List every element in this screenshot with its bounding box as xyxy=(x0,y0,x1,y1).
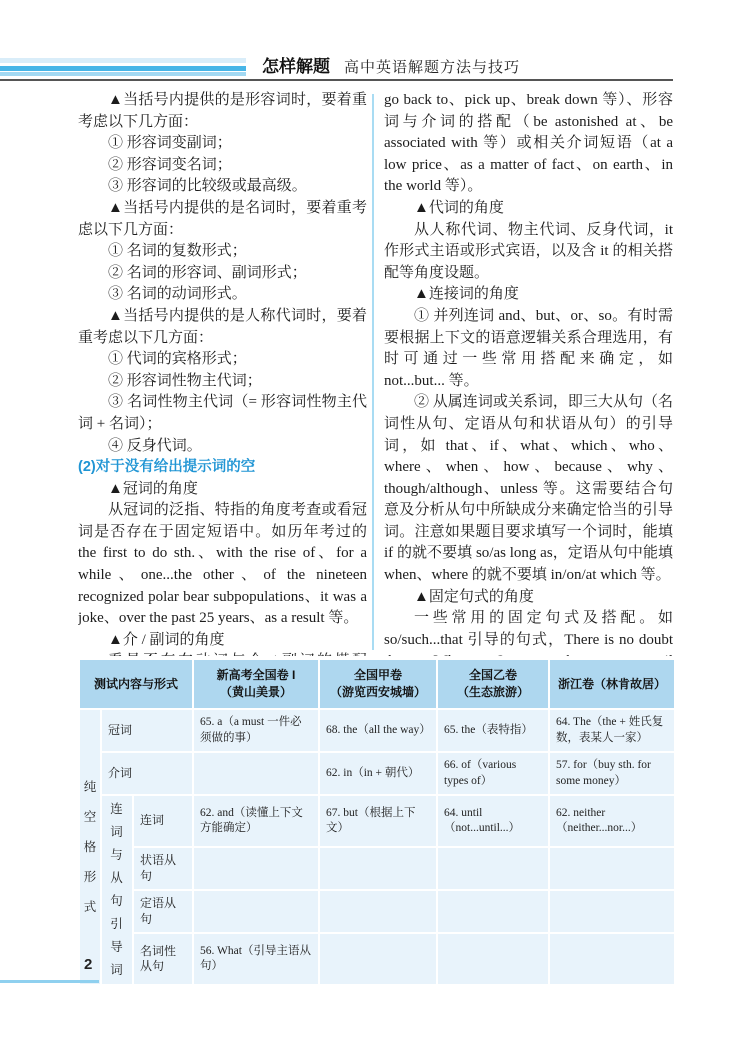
table-cell: 67. but（根据上下文） xyxy=(320,796,436,846)
table-cell: 68. the（all the way） xyxy=(320,710,436,751)
paragraph: ① 名词的复数形式； xyxy=(78,241,367,263)
paragraph: ② 名词的形容词、副词形式； xyxy=(78,263,367,285)
table-cell: 64. The（the + 姓氏复数，表某人一家） xyxy=(550,710,674,751)
group-label-connectives: 连词与从句引导词 xyxy=(102,796,132,984)
table-cell: 57. for（buy sth. for some money） xyxy=(550,753,674,794)
subsection-heading: (2)对于没有给出提示词的空 xyxy=(78,457,367,479)
table-cell xyxy=(438,891,548,932)
stripe-pale xyxy=(0,58,246,63)
paragraph: ▲当括号内提供的是形容词时，要着重考虑以下几方面： xyxy=(78,90,367,133)
left-column: ▲当括号内提供的是形容词时，要着重考虑以下几方面：① 形容词变副词；② 形容词变… xyxy=(78,90,367,656)
header-line: （生态旅游） xyxy=(440,684,546,701)
table-cell xyxy=(320,891,436,932)
header-line: 全国乙卷 xyxy=(440,667,546,684)
paragraph: ③ 名词性物主代词（= 形容词性物主代词 + 名词）； xyxy=(78,392,367,435)
table-row-attributive-clause: 定语从句 xyxy=(80,891,674,932)
page-number-rule xyxy=(0,980,99,983)
header-cell-zhejiang: 浙江卷（林肯故居） xyxy=(550,660,674,708)
row-label: 冠词 xyxy=(102,710,192,751)
paragraph: 从人称代词、物主代词、反身代词，it 作形式主语或形式宾语，以及含 it 的相关… xyxy=(384,220,673,285)
table-cell xyxy=(194,753,318,794)
paragraph: ▲冠词的角度 xyxy=(78,479,367,501)
paragraph: ① 形容词变副词； xyxy=(78,133,367,155)
paragraph: ③ 名词的动词形式。 xyxy=(78,284,367,306)
header-line: （游览西安城墙） xyxy=(322,684,434,701)
right-column: go back to、pick up、break down 等）、形容词与介词的… xyxy=(384,90,673,656)
table-row-adverbial-clause: 状语从句 xyxy=(80,848,674,889)
paragraph: go back to、pick up、break down 等）、形容词与介词的… xyxy=(384,90,673,198)
table-cell: 62. neither（neither...nor...） xyxy=(550,796,674,846)
table-row-preposition: 介词 62. in（in + 朝代） 66. of（various types … xyxy=(80,753,674,794)
paragraph: 一些常用的固定句式及搭配。如 so/such...that 引导的句式，Ther… xyxy=(384,608,673,656)
column-divider xyxy=(372,94,374,650)
paragraph: ① 并列连词 and、but、or、so。有时需要根据上下文的语意逻辑关系合理选… xyxy=(384,306,673,392)
table-cell: 65. the（表特指） xyxy=(438,710,548,751)
header-stripes-decoration xyxy=(0,58,246,76)
right-column-top: go back to、pick up、break down 等）、形容词与介词的… xyxy=(384,90,673,656)
table-cell xyxy=(550,934,674,984)
paragraph: ② 从属连词或关系词，即三大从句（名词性从句、定语从句和状语从句）的引导词，如 … xyxy=(384,392,673,586)
paragraph: ▲连接词的角度 xyxy=(384,284,673,306)
header-cell-yi: 全国乙卷 （生态旅游） xyxy=(438,660,548,708)
table-row-conjunction: 连词与从句引导词 连词 62. and（读懂上下文方能确定） 67. but（根… xyxy=(80,796,674,846)
paragraph: ▲当括号内提供的是人称代词时，要着重考虑以下几方面： xyxy=(78,306,367,349)
paragraph: ④ 反身代词。 xyxy=(78,436,367,458)
paragraph: ▲固定句式的角度 xyxy=(384,587,673,609)
paragraph: 从冠词的泛指、特指的角度考查或看冠词是否存在于固定短语中。如历年考过的 the … xyxy=(78,500,367,630)
header-rule xyxy=(0,79,673,81)
header-line: 新高考全国卷 I xyxy=(196,667,316,684)
book-title: 怎样解题 xyxy=(262,57,330,76)
row-label: 名词性从句 xyxy=(134,934,192,984)
row-label: 介词 xyxy=(102,753,192,794)
table-cell xyxy=(320,848,436,889)
running-head-title: 怎样解题高中英语解题方法与技巧 xyxy=(262,52,520,77)
table-row-noun-clause: 名词性从句 56. What（引导主语从句） xyxy=(80,934,674,984)
paragraph: ▲当括号内提供的是名词时，要着重考虑以下几方面： xyxy=(78,198,367,241)
table-cell xyxy=(194,891,318,932)
header-cell-jia: 全国甲卷 （游览西安城墙） xyxy=(320,660,436,708)
exam-analysis-table: 测试内容与形式 新高考全国卷 I （黄山美景） 全国甲卷 （游览西安城墙） 全国… xyxy=(78,658,676,986)
table-cell xyxy=(194,848,318,889)
table-cell xyxy=(438,934,548,984)
paragraph: ▲介 / 副词的角度 xyxy=(78,630,367,652)
running-head: 怎样解题高中英语解题方法与技巧 xyxy=(0,54,750,80)
vertical-label: 连词与从句引导词 xyxy=(104,798,130,982)
page-number: 2 xyxy=(84,956,92,973)
header-line: （黄山美景） xyxy=(196,684,316,701)
book-subtitle: 高中英语解题方法与技巧 xyxy=(344,59,520,76)
table-cell xyxy=(550,891,674,932)
header-cell-national-1: 新高考全国卷 I （黄山美景） xyxy=(194,660,318,708)
group-label-pure-blank: 纯空格形式 xyxy=(80,710,100,984)
stripe-blue xyxy=(0,66,246,71)
table-cell: 66. of（various types of） xyxy=(438,753,548,794)
row-label: 定语从句 xyxy=(134,891,192,932)
textbook-page: 怎样解题高中英语解题方法与技巧 ▲当括号内提供的是形容词时，要着重考虑以下几方面… xyxy=(0,0,750,1045)
paragraph: ▲代词的角度 xyxy=(384,198,673,220)
vertical-label: 纯空格形式 xyxy=(83,772,97,922)
table-cell: 62. in（in + 朝代） xyxy=(320,753,436,794)
table-cell xyxy=(438,848,548,889)
paragraph: ② 形容词变名词； xyxy=(78,155,367,177)
header-cell-content-form: 测试内容与形式 xyxy=(80,660,192,708)
row-label: 连词 xyxy=(134,796,192,846)
header-line: 全国甲卷 xyxy=(322,667,434,684)
paragraph: 看是否存在动词与介 / 副词的搭配（focus on、 xyxy=(78,651,367,656)
table-cell xyxy=(550,848,674,889)
paragraph: ② 形容词性物主代词； xyxy=(78,371,367,393)
table-row-article: 纯空格形式 冠词 65. a（a must 一件必须做的事） 68. the（a… xyxy=(80,710,674,751)
table-header-row: 测试内容与形式 新高考全国卷 I （黄山美景） 全国甲卷 （游览西安城墙） 全国… xyxy=(80,660,674,708)
row-label: 状语从句 xyxy=(134,848,192,889)
table-cell: 56. What（引导主语从句） xyxy=(194,934,318,984)
table-cell: 62. and（读懂上下文方能确定） xyxy=(194,796,318,846)
paragraph: ① 代词的宾格形式； xyxy=(78,349,367,371)
table-cell: 64. until（not...until...） xyxy=(438,796,548,846)
table-cell: 65. a（a must 一件必须做的事） xyxy=(194,710,318,751)
table-cell xyxy=(320,934,436,984)
stripe-light xyxy=(0,72,246,76)
paragraph: ③ 形容词的比较级或最高级。 xyxy=(78,176,367,198)
